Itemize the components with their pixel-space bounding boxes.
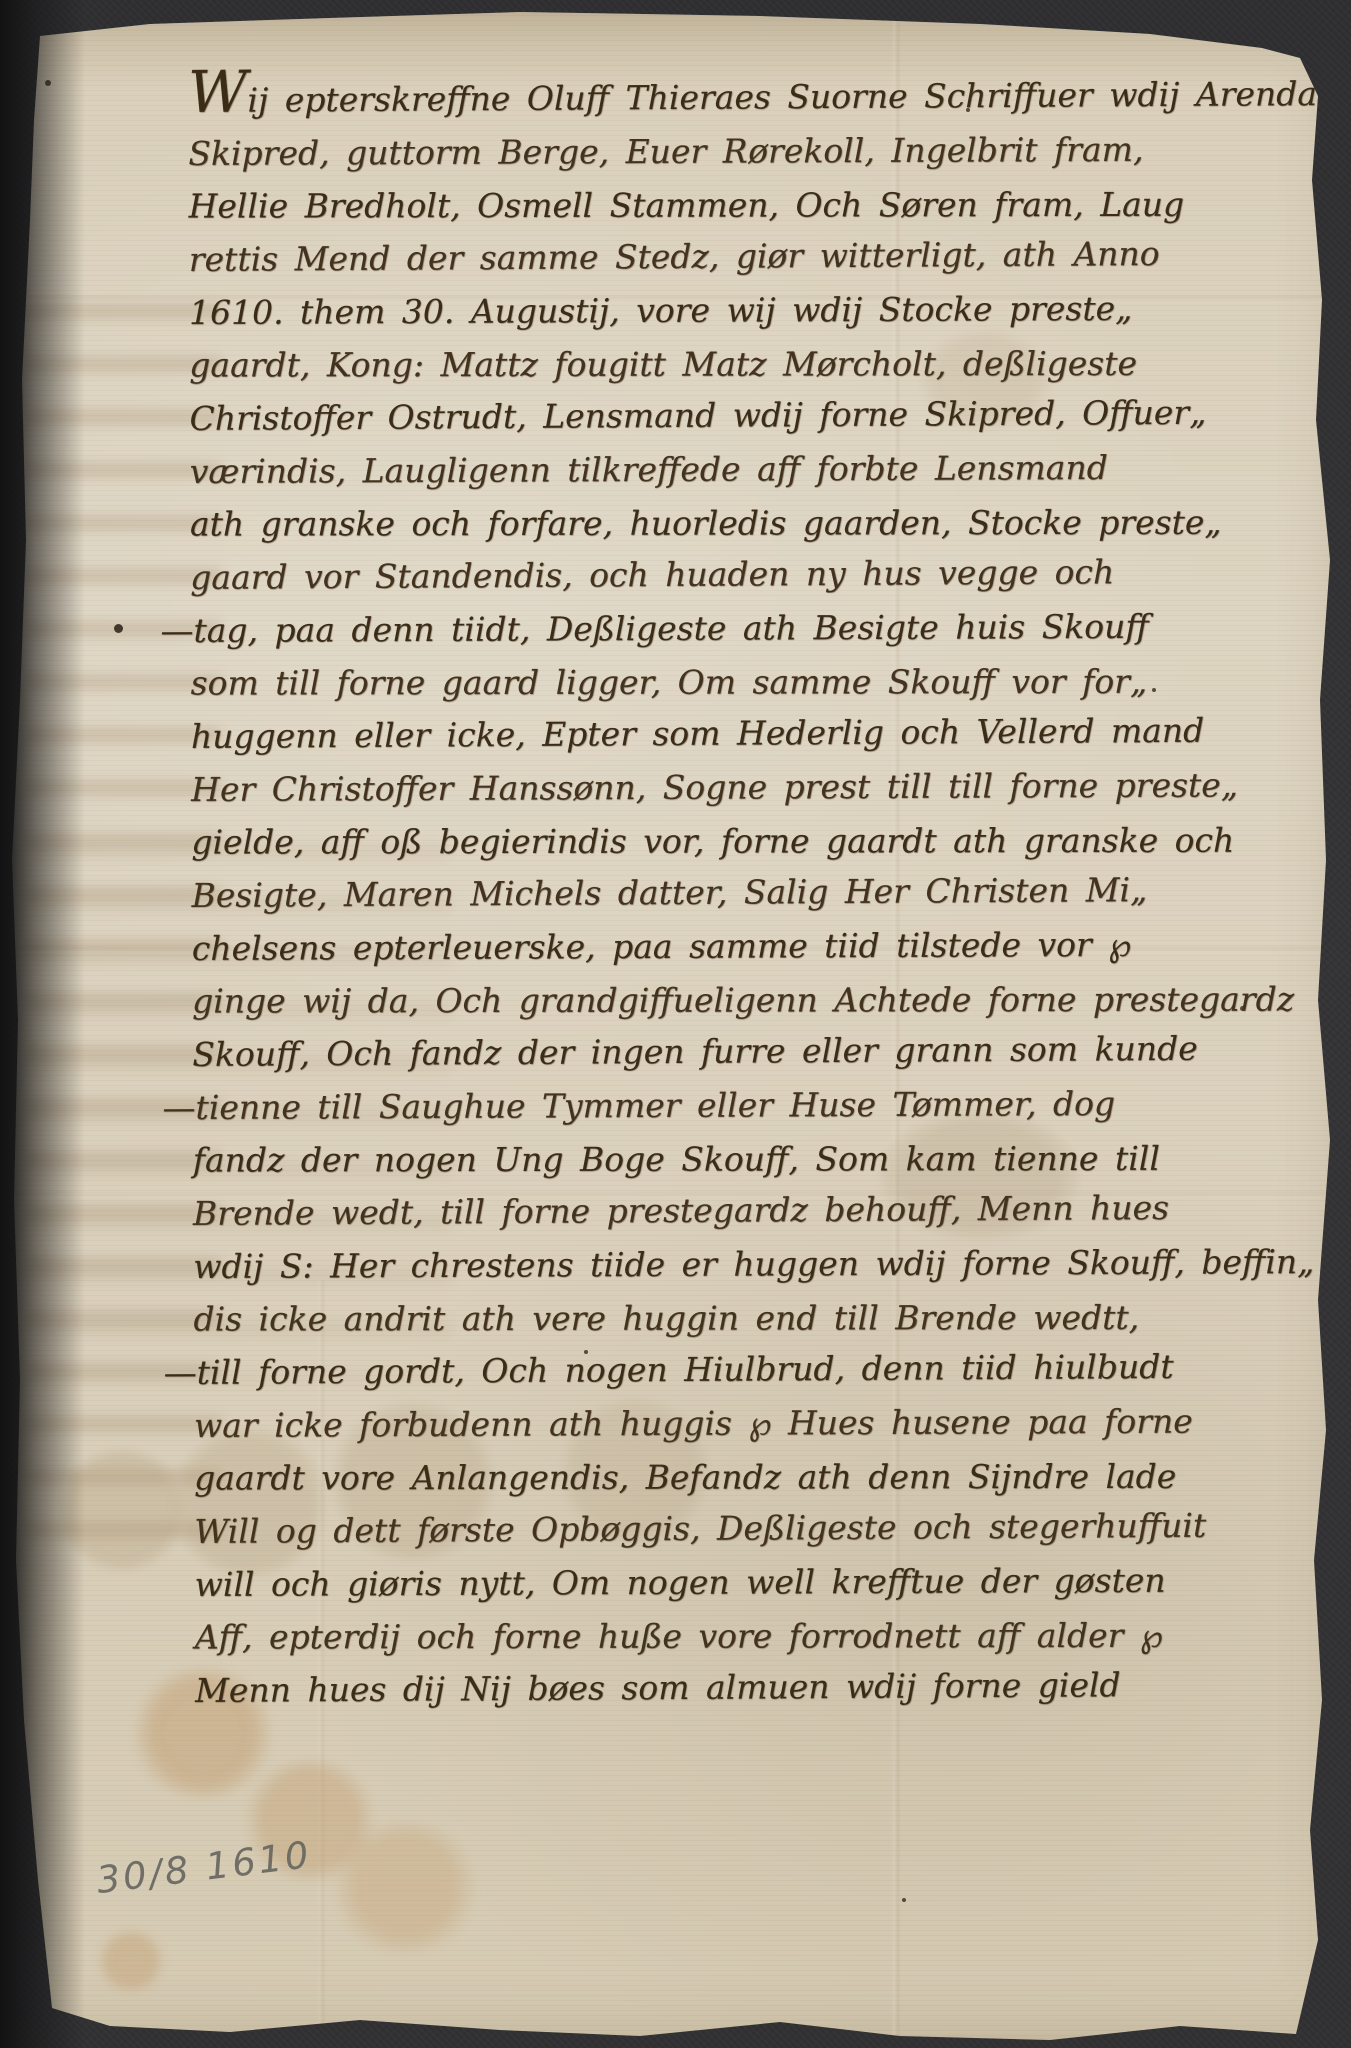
manuscript-line: war icke forbudenn ath huggis ℘ Hues hus… xyxy=(194,1394,1304,1452)
manuscript-line: Christoffer Ostrudt, Lensmand wdij forne… xyxy=(189,385,1299,445)
manuscript-line: gaardt, Kong: Mattz fougitt Matz Mørchol… xyxy=(189,337,1299,392)
rust-stain xyxy=(330,1822,480,1952)
manuscript-line: gaardt vore Anlangendis, Befandz ath den… xyxy=(194,1450,1304,1505)
manuscript-line: Besigte, Maren Michels datter, Salig Her… xyxy=(191,862,1301,922)
manuscript-text: Wij epterskreffne Oluff Thieraes Suorne … xyxy=(188,69,1305,1717)
manuscript-line: Skouff, Och fandz der ingen furre eller … xyxy=(192,1021,1302,1081)
manuscript-line: Will og dett første Opbøggis, Deßligeste… xyxy=(194,1498,1304,1558)
archival-date-annotation: 30/8 1610 xyxy=(94,1833,314,1902)
paper-speck xyxy=(902,1898,906,1902)
paper-speck xyxy=(114,624,123,633)
manuscript-line: Brende wedt, till forne prestegardz beho… xyxy=(193,1180,1303,1240)
manuscript-line: gaard vor Standendis, och huaden ny hus … xyxy=(190,544,1300,604)
manuscript-line: —tag, paa denn tiidt, Deßligeste ath Bes… xyxy=(190,599,1300,657)
paper-speck xyxy=(45,80,51,86)
rust-stain xyxy=(96,1930,166,1992)
manuscript-line: 1610. them 30. Augustij, vore wij wdij S… xyxy=(189,281,1299,339)
manuscript-line: rettis Mend der samme Stedz, giør witter… xyxy=(189,226,1299,286)
manuscript-line: dis icke andrit ath vere huggin end till… xyxy=(193,1291,1303,1346)
manuscript-line: huggenn eller icke, Epter som Hederlig o… xyxy=(191,703,1301,763)
photo-background: Wij epterskreffne Oluff Thieraes Suorne … xyxy=(0,0,1351,2048)
manuscript-line: Skipred, guttorm Berge, Euer Rørekoll, I… xyxy=(188,122,1298,180)
manuscript-line: Aff, epterdij och forne huße vore forrod… xyxy=(195,1609,1305,1664)
water-stain xyxy=(58,1448,186,1572)
manuscript-line: gielde, aff oß begierindis vor, forne ga… xyxy=(191,814,1301,869)
manuscript-line: —till forne gordt, Och nogen Hiulbrud, d… xyxy=(194,1339,1304,1399)
manuscript-line: wdij S: Her chrestens tiide er huggen wd… xyxy=(193,1235,1303,1293)
manuscript-line: Wij epterskreffne Oluff Thieraes Suorne … xyxy=(188,67,1298,127)
manuscript-line: Menn hues dij Nij bøes som almuen wdij f… xyxy=(195,1657,1305,1717)
manuscript-line: som till forne gaard ligger, Om samme Sk… xyxy=(191,655,1301,710)
manuscript-line: Her Christoffer Hanssønn, Sogne prest ti… xyxy=(191,758,1301,816)
manuscript-line: —tienne till Saughue Tymmer eller Huse T… xyxy=(192,1076,1302,1134)
manuscript-page: Wij epterskreffne Oluff Thieraes Suorne … xyxy=(0,0,1351,2048)
manuscript-line: will och giøris nytt, Om nogen well kref… xyxy=(194,1553,1304,1611)
manuscript-line: chelsens epterleuerske, paa samme tiid t… xyxy=(192,917,1302,975)
manuscript-line: fandz der nogen Ung Boge Skouff, Som kam… xyxy=(193,1132,1303,1187)
manuscript-line: Hellie Bredholt, Osmell Stammen, Och Sør… xyxy=(189,178,1299,233)
manuscript-line: ginge wij da, Och grandgiffueligenn Acht… xyxy=(192,973,1302,1028)
manuscript-line: ath granske och forfare, huorledis gaard… xyxy=(190,496,1300,551)
manuscript-line: værindis, Laugligenn tilkreffede aff for… xyxy=(190,440,1300,498)
